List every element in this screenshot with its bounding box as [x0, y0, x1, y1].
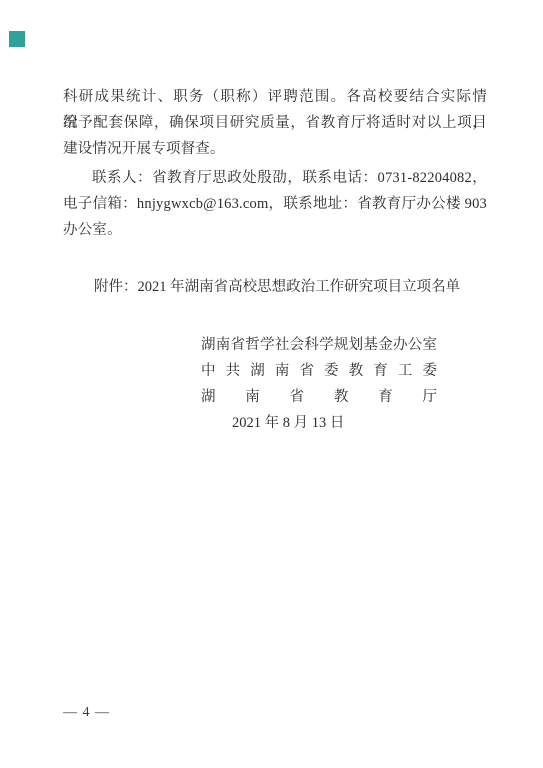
signature-date: 2021 年 8 月 13 日 — [201, 410, 437, 436]
signatory-org-3: 湖 南 省 教 育 厅 — [201, 384, 437, 410]
contact-person-line: 联系人：省教育厅思政处殷劭，联系电话：0731-82204082， — [63, 165, 487, 191]
signature-block: 湖南省哲学社会科学规划基金办公室 中 共 湖 南 省 委 教 育 工 委 湖 南… — [201, 332, 437, 436]
corner-marker — [9, 31, 25, 47]
text-line: 建设情况开展专项督查。 — [63, 136, 487, 162]
contact-email-line: 电子信箱：hnjygwxcb@163.com，联系地址：省教育厅办公楼 903 — [63, 191, 487, 217]
signatory-org-2: 中 共 湖 南 省 委 教 育 工 委 — [201, 358, 437, 384]
contact-paragraph: 联系人：省教育厅思政处殷劭，联系电话：0731-82204082， 电子信箱：h… — [63, 165, 487, 243]
text-line: 科研成果统计、职务（职称）评聘范围。各高校要结合实际情况， — [63, 84, 487, 110]
contact-office-line: 办公室。 — [63, 217, 487, 243]
body-paragraph-1: 科研成果统计、职务（职称）评聘范围。各高校要结合实际情况， 给予配套保障，确保项… — [63, 84, 487, 162]
text-line: 给予配套保障，确保项目研究质量，省教育厅将适时对以上项目 — [63, 110, 487, 136]
attachment-line: 附件：2021 年湖南省高校思想政治工作研究项目立项名单 — [63, 274, 523, 300]
page-number: — 4 — — [63, 701, 110, 725]
document-page: 科研成果统计、职务（职称）评聘范围。各高校要结合实际情况， 给予配套保障，确保项… — [0, 0, 543, 768]
signatory-org-1: 湖南省哲学社会科学规划基金办公室 — [201, 332, 437, 358]
